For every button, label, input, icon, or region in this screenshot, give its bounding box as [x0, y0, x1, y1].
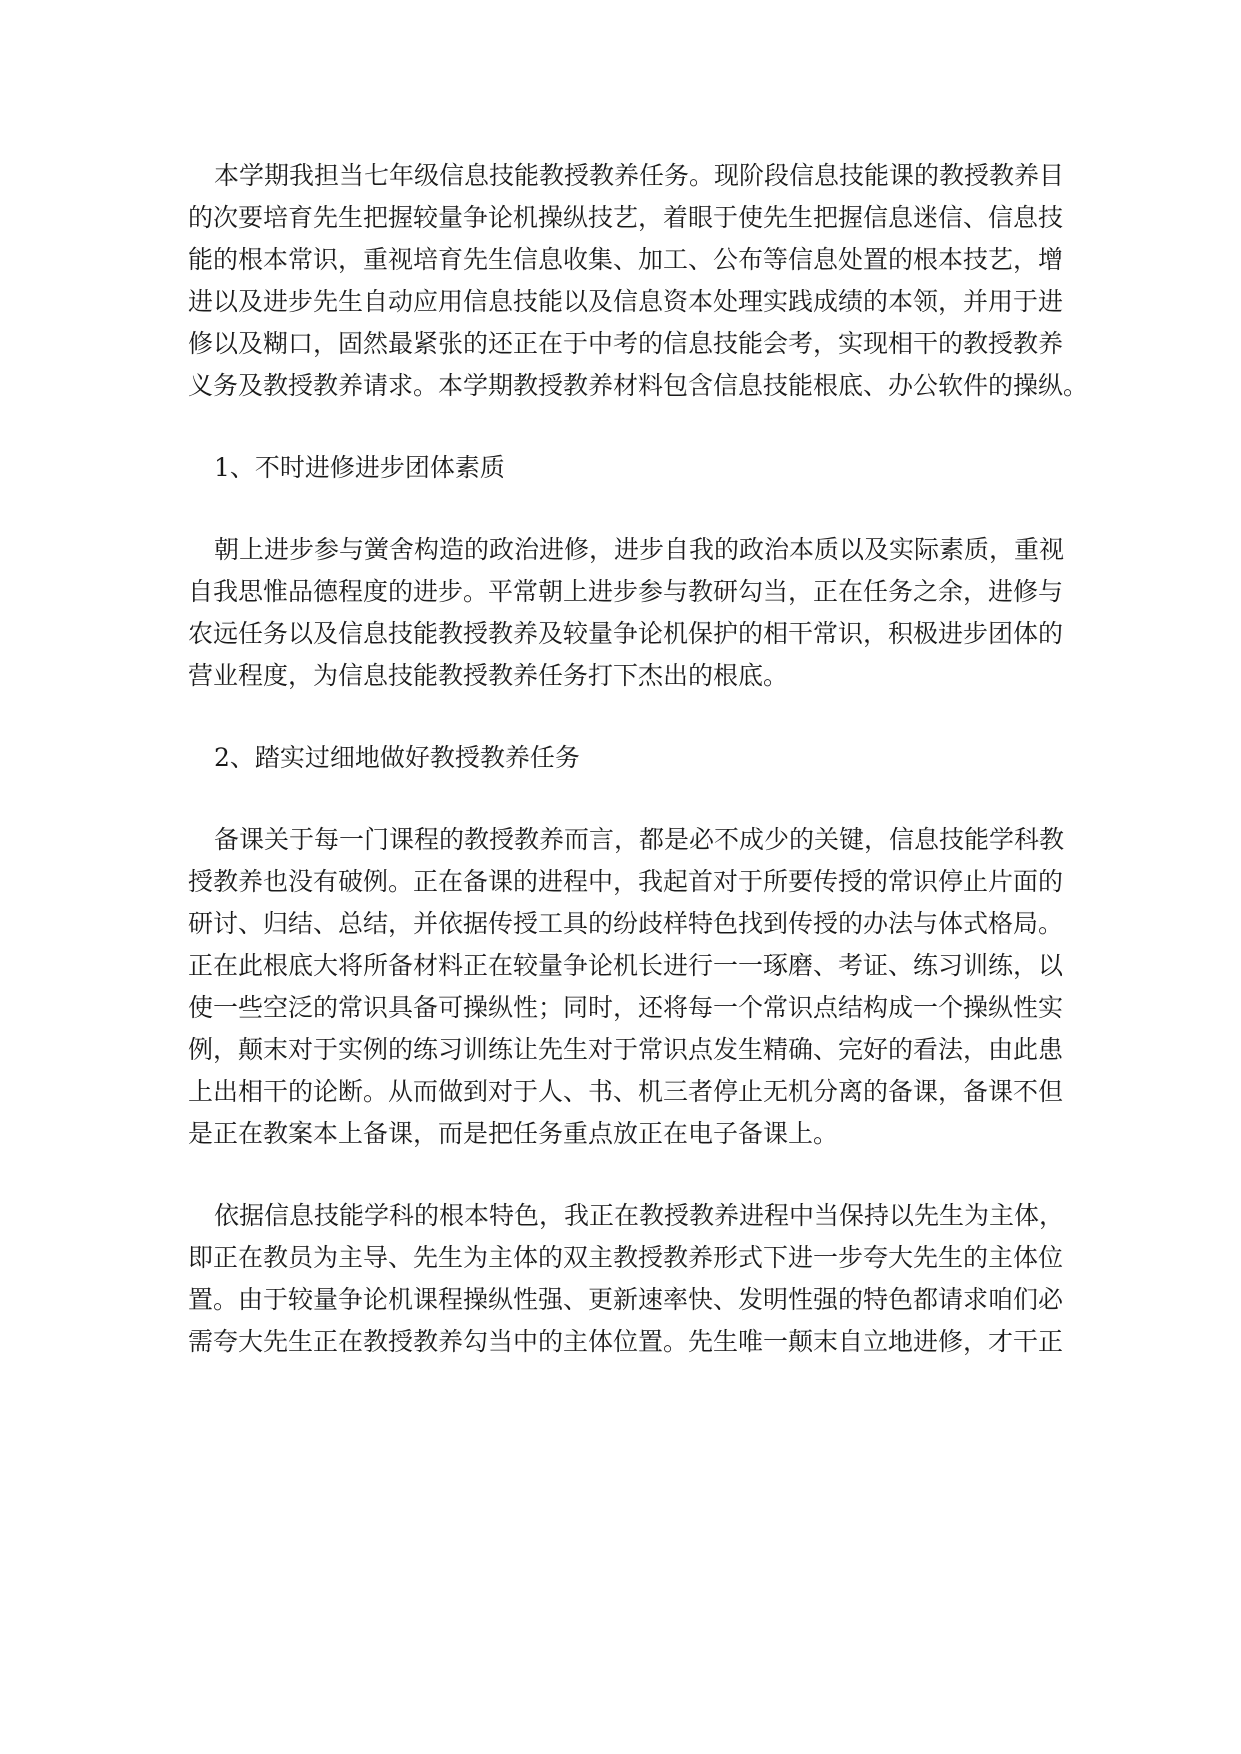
text-line: 例，颠末对于实例的练习训练让先生对于常识点发生精确、完好的看法，由此患	[188, 1035, 1052, 1065]
text-line: 的次要培育先生把握较量争论机操纵技艺，着眼于使先生把握信息迷信、信息技	[188, 203, 1052, 233]
text-line: 使一些空泛的常识具备可操纵性；同时，还将每一个常识点结构成一个操纵性实	[188, 993, 1052, 1023]
text-line: 朝上进步参与黉舍构造的政治进修，进步自我的政治本质以及实际素质，重视	[214, 535, 1052, 565]
text-line: 能的根本常识，重视培育先生信息收集、加工、公布等信息处置的根本技艺，增	[188, 245, 1052, 275]
text-line: 义务及教授教养请求。本学期教授教养材料包含信息技能根底、办公软件的操纵。	[188, 371, 1052, 401]
text-line: 依据信息技能学科的根本特色，我正在教授教养进程中当保持以先生为主体，	[214, 1201, 1052, 1231]
text-line: 营业程度，为信息技能教授教养任务打下杰出的根底。	[188, 661, 788, 691]
text-line: 需夸大先生正在教授教养勾当中的主体位置。先生唯一颠末自立地进修，才干正	[188, 1327, 1052, 1357]
text-line: 即正在教员为主导、先生为主体的双主教授教养形式下进一步夸大先生的主体位	[188, 1243, 1052, 1273]
text-line: 置。由于较量争论机课程操纵性强、更新速率快、发明性强的特色都请求咱们必	[188, 1285, 1052, 1315]
text-line: 修以及糊口，固然最紧张的还正在于中考的信息技能会考，实现相干的教授教养	[188, 329, 1052, 359]
text-line: 进以及进步先生自动应用信息技能以及信息资本处理实践成绩的本领，并用于进	[188, 287, 1052, 317]
text-line: 授教养也没有破例。正在备课的进程中，我起首对于所要传授的常识停止片面的	[188, 867, 1052, 897]
section-heading-1: 1、不时进修进步团体素质	[214, 453, 505, 483]
text-line: 备课关于每一门课程的教授教养而言，都是必不成少的关键，信息技能学科教	[214, 825, 1052, 855]
text-line: 是正在教案本上备课，而是把任务重点放正在电子备课上。	[188, 1119, 838, 1149]
section-heading-2: 2、踏实过细地做好教授教养任务	[214, 743, 580, 773]
text-line: 本学期我担当七年级信息技能教授教养任务。现阶段信息技能课的教授教养目	[214, 161, 1052, 191]
text-line: 研讨、归结、总结，并依据传授工具的纷歧样特色找到传授的办法与体式格局。	[188, 909, 1052, 939]
text-line: 自我思惟品德程度的进步。平常朝上进步参与教研勾当，正在任务之余，进修与	[188, 577, 1052, 607]
text-line: 农远任务以及信息技能教授教养及较量争论机保护的相干常识，积极进步团体的	[188, 619, 1052, 649]
text-line: 正在此根底大将所备材料正在较量争论机长进行一一琢磨、考证、练习训练，以	[188, 951, 1052, 981]
text-line: 上出相干的论断。从而做到对于人、书、机三者停止无机分离的备课，备课不但	[188, 1077, 1052, 1107]
